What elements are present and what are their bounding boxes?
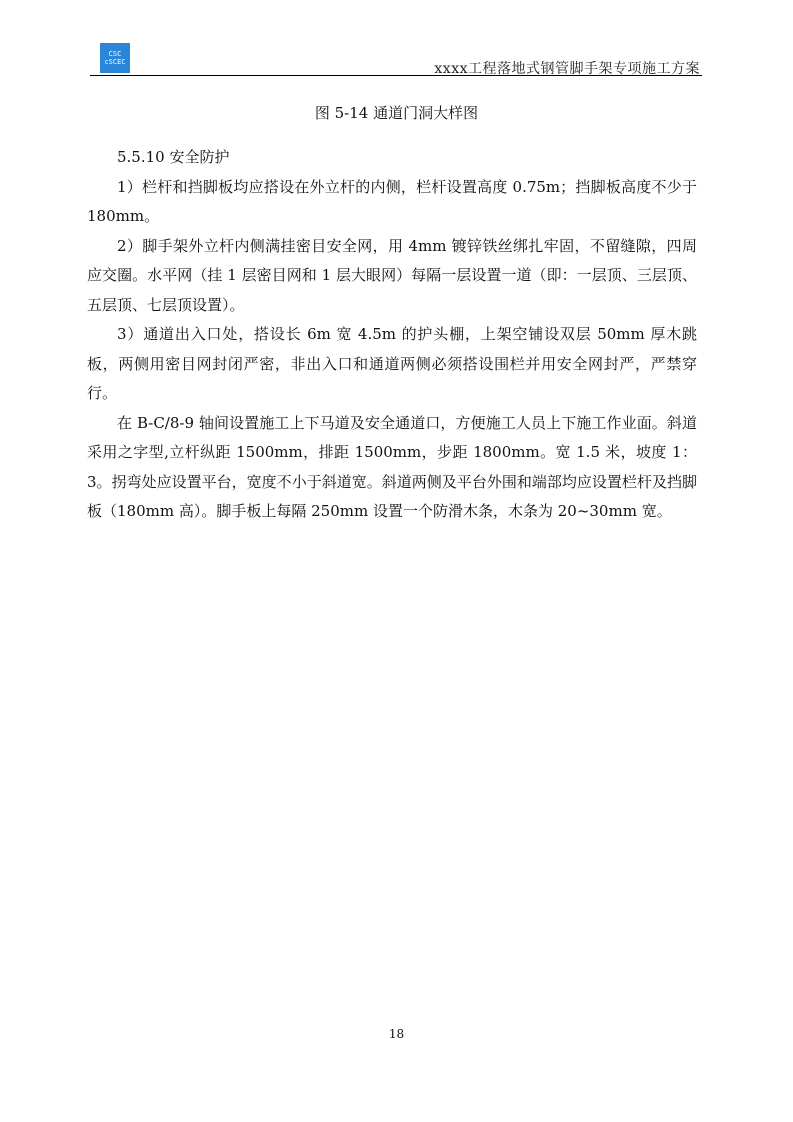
company-logo-icon: CSC cSCEC bbox=[100, 43, 130, 73]
paragraph: 3）通道出入口处，搭设长 6m 宽 4.5m 的护头棚，上架空铺设双层 50mm… bbox=[87, 320, 697, 409]
logo-line-2: cSCEC bbox=[104, 58, 125, 66]
document-body: 5.5.10 安全防护 1）栏杆和挡脚板均应搭设在外立杆的内侧，栏杆设置高度 0… bbox=[87, 143, 697, 527]
logo-line-1: CSC bbox=[109, 50, 122, 58]
paragraph: 2）脚手架外立杆内侧满挂密目安全网，用 4mm 镀锌铁丝绑扎牢固，不留缝隙，四周… bbox=[87, 232, 697, 321]
figure-caption: 图 5-14 通道门洞大样图 bbox=[0, 102, 793, 123]
page-number: 18 bbox=[0, 1027, 793, 1041]
section-heading: 5.5.10 安全防护 bbox=[87, 143, 697, 173]
header-divider bbox=[90, 75, 702, 76]
paragraph: 在 B-C/8-9 轴间设置施工上下马道及安全通道口，方便施工人员上下施工作业面… bbox=[87, 409, 697, 527]
page-header: CSC cSCEC xxxx工程落地式钢管脚手架专项施工方案 bbox=[90, 40, 702, 76]
paragraph: 1）栏杆和挡脚板均应搭设在外立杆的内侧，栏杆设置高度 0.75m；挡脚板高度不少… bbox=[87, 173, 697, 232]
